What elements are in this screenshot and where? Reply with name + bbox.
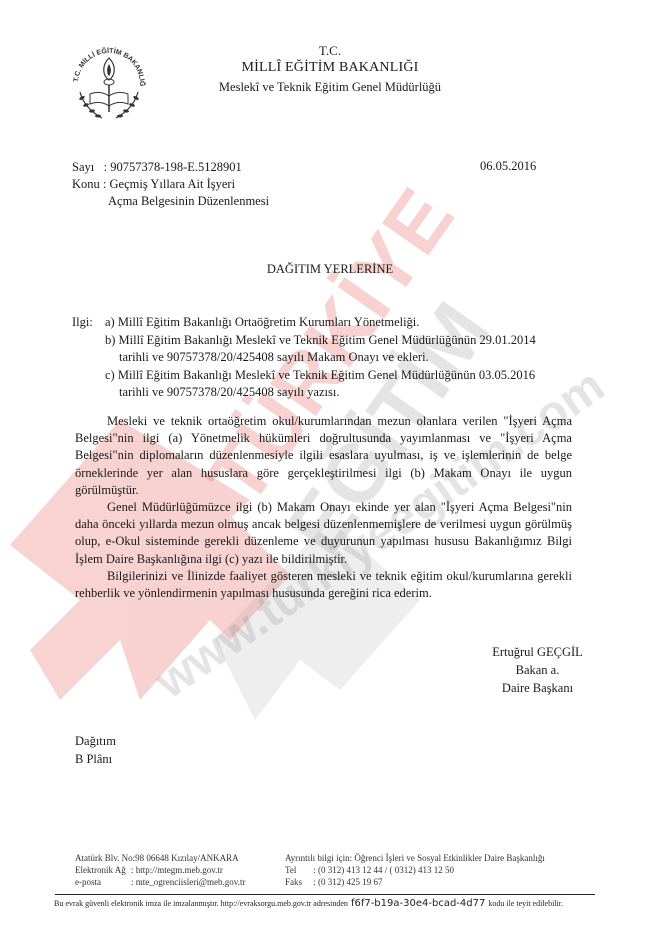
- footer-email-label: e-posta: [75, 876, 131, 888]
- konu-value-line2: Açma Belgesinin Düzenlenmesi: [108, 193, 269, 210]
- body-paragraph: Mesleki ve teknik ortaöğretim okul/kurum…: [75, 413, 572, 499]
- signer-name: Ertuğrul GEÇGİL: [470, 643, 605, 661]
- verification-line: Bu evrak güvenli elektronik imza ile imz…: [54, 898, 563, 909]
- sayi-label: Sayı: [72, 160, 94, 174]
- konu-label: Konu: [72, 177, 100, 191]
- distribution-value: B Plânı: [75, 750, 116, 768]
- konu-row: Konu : Geçmiş Yıllara Ait İşyeri: [72, 176, 235, 193]
- footer-web-label: Elektronik Ağ: [75, 864, 131, 876]
- footer-contact-right: Ayrıntılı bilgi için: Öğrenci İşleri ve …: [285, 852, 545, 888]
- signature-block: Ertuğrul GEÇGİL Bakan a. Daire Başkanı: [470, 643, 605, 697]
- body-text: Mesleki ve teknik ortaöğretim okul/kurum…: [75, 413, 572, 602]
- footer-email-link[interactable]: mte_ogrenciisleri@meb.gov.tr: [136, 877, 246, 887]
- distribution-label: Dağıtım: [75, 732, 116, 750]
- body-paragraph: Bilgilerinizi ve İlinizde faaliyet göste…: [75, 568, 572, 602]
- footer-tel-value: : (0 312) 413 12 44 / ( 0312) 413 12 50: [313, 865, 454, 875]
- ilgi-label: Ilgi:: [72, 314, 93, 332]
- footer-fax-label: Faks: [285, 876, 311, 888]
- body-paragraph: Genel Müdürlüğümüzce ilgi (b) Makam Onay…: [75, 499, 572, 568]
- signer-title: Daire Başkanı: [470, 679, 605, 697]
- verification-prefix: Bu evrak güvenli elektronik imza ile imz…: [54, 899, 348, 908]
- header-country: T.C.: [180, 43, 480, 59]
- footer-info: Ayrıntılı bilgi için: Öğrenci İşleri ve …: [285, 852, 545, 864]
- footer-tel-label: Tel: [285, 864, 311, 876]
- verification-suffix: kodu ile teyit edilebilir.: [488, 899, 563, 908]
- ilgi-item-c: c) Millî Eğitim Bakanlığı Meslekî ve Tek…: [105, 367, 535, 385]
- distribution-block: Dağıtım B Plânı: [75, 732, 116, 768]
- addressee: DAĞITIM YERLERİNE: [0, 262, 660, 277]
- footer-web-link[interactable]: http://mtegm.meb.gov.tr: [136, 865, 223, 875]
- ilgi-item-c-cont: tarihli ve 90757378/20/425408 sayılı yaz…: [119, 384, 339, 402]
- document-date: 06.05.2016: [480, 159, 536, 174]
- footer-contact-left: Atatürk Blv. No:98 06648 Kızılay/ANKARA …: [75, 852, 245, 888]
- meb-logo-icon: T.C. MİLLİ EĞİTİM BAKANLIĞI: [68, 36, 150, 124]
- sayi-row: Sayı : 90757378-198-E.5128901: [72, 159, 242, 176]
- header-department: Meslekî ve Teknik Eğitim Genel Müdürlüğü: [180, 80, 480, 95]
- ilgi-item-b-cont: tarihli ve 90757378/20/425408 sayılı Mak…: [119, 349, 429, 367]
- sayi-value: 90757378-198-E.5128901: [110, 160, 242, 174]
- signer-authority: Bakan a.: [470, 661, 605, 679]
- footer-address: Atatürk Blv. No:98 06648 Kızılay/ANKARA: [75, 852, 245, 864]
- footer-fax-value: : (0 312) 425 19 67: [313, 877, 382, 887]
- document-page: TÜRKİYE EĞİTİM www.turkiyeegitim.com T.C…: [0, 0, 660, 933]
- verification-code: f6f7-b19a-30e4-bcad-4d77: [351, 898, 485, 909]
- konu-value: Geçmiş Yıllara Ait İşyeri: [110, 177, 236, 191]
- ilgi-item-b: b) Millî Eğitim Bakanlığı Meslekî ve Tek…: [105, 332, 536, 350]
- header-ministry: MİLLÎ EĞİTİM BAKANLIĞI: [180, 60, 480, 76]
- footer-divider: [55, 894, 595, 895]
- ilgi-item-a: a) Millî Eğitim Bakanlığı Ortaöğretim Ku…: [105, 314, 419, 332]
